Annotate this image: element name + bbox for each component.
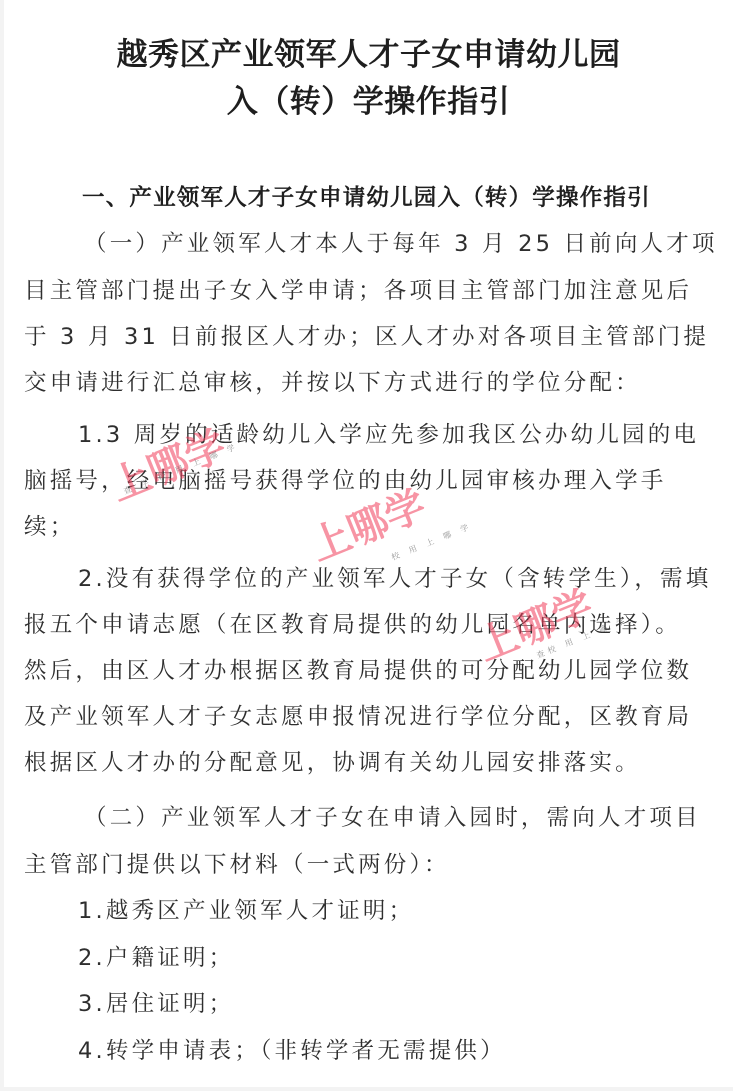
section-heading: 一、产业领军人才子女申请幼儿园入（转）学操作指引 — [82, 183, 651, 213]
paragraph-line: 及产业领军人才子女志愿申报情况进行学位分配，区教育局 — [24, 702, 692, 732]
paragraph-line: 续； — [24, 512, 75, 542]
paragraph-line: 然后，由区人才办根据区教育局提供的可分配幼儿园学位数 — [24, 656, 692, 686]
watermark-small: 校 用 上 哪 学 — [390, 521, 474, 563]
paragraph-line: 2.没有获得学位的产业领军人才子女（含转学生），需填 — [78, 564, 711, 594]
paragraph-line: 交申请进行汇总审核，并按以下方式进行的学位分配： — [24, 368, 641, 398]
document-title-line-2: 入（转）学操作指引 — [4, 82, 733, 122]
paragraph-line: （一）产业领军人才本人于每年 3 月 25 日前向人才项 — [84, 229, 718, 259]
document-page: 越秀区产业领军人才子女申请幼儿园 入（转）学操作指引 一、产业领军人才子女申请幼… — [4, 0, 733, 1087]
list-item: 3.居住证明； — [78, 989, 234, 1019]
paragraph-line: 根据区人才办的分配意见，协调有关幼儿园安排落实。 — [24, 748, 641, 778]
paragraph-line: 报五个申请志愿（在区教育局提供的幼儿园名单内选择）。 — [24, 610, 681, 640]
paragraph-line: 于 3 月 31 日前报区人才办；区人才办对各项目主管部门提 — [24, 322, 709, 352]
paragraph-line: 1.3 周岁的适龄幼儿入学应先参加我区公办幼儿园的电 — [78, 420, 699, 450]
paragraph-line: 脑摇号，经电脑摇号获得学位的由幼儿园审核办理入学手 — [24, 466, 667, 496]
paragraph-line: 目主管部门提出子女入学申请；各项目主管部门加注意见后 — [24, 276, 692, 306]
list-item: 1.越秀区产业领军人才证明； — [78, 896, 414, 926]
list-item: 2.户籍证明； — [78, 943, 234, 973]
document-title-line-1: 越秀区产业领军人才子女申请幼儿园 — [4, 35, 733, 75]
paragraph-line: （二）产业领军人才子女在申请入园时，需向人才项目 — [84, 803, 701, 833]
paragraph-line: 主管部门提供以下材料（一式两份）： — [24, 850, 450, 880]
list-item: 4.转学申请表；（非转学者无需提供） — [78, 1036, 506, 1066]
